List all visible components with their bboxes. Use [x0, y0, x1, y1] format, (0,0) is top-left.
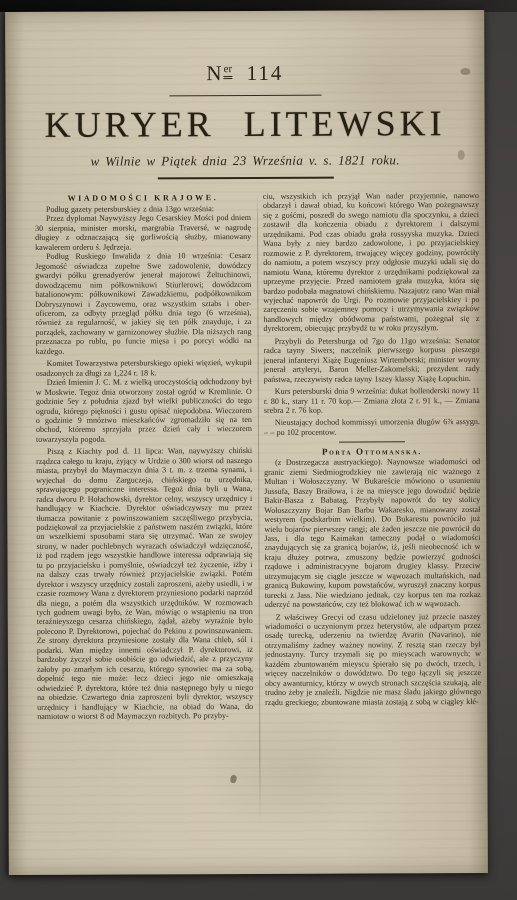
issue-prefix: N — [206, 61, 223, 85]
paragraph: Kurs petersburski dnia 9 września: dukat… — [264, 386, 480, 415]
newspaper-page: Ner 114 KURYER LITEWSKI w Wilnie w Piąte… — [5, 10, 488, 875]
masthead-rule-bottom — [157, 177, 333, 180]
paragraph: Z właściwey Grecyi od czasu udzieloney j… — [265, 612, 481, 707]
paragraph: ciu, wszystkich ich przyjął Wan nader pr… — [263, 191, 480, 334]
dateline: w Wilnie w Piątek dnia 23 Września v. s.… — [6, 152, 485, 170]
masthead: Ner 114 KURYER LITEWSKI w Wilnie w Piąte… — [5, 10, 485, 180]
left-column: WIADOMOŚCI KRAJOWE.Podług gazety petersb… — [35, 192, 254, 837]
paragraph: Komitet Towarzystwa petersburskiego opie… — [36, 358, 252, 378]
section-heading: Porta Ottomanska. — [264, 446, 480, 457]
right-column: ciu, wszystkich ich przyjął Wan nader pr… — [263, 191, 482, 836]
paragraph: Przez dyplomat Naywyższy Jego Cesarskiey… — [35, 213, 251, 252]
paragraph: (z Dostrzegacza austryackiego). Naynowsz… — [264, 457, 481, 609]
paragraph: Piszą z Kiachty pod d. 11 lipca: Wan, na… — [36, 446, 253, 721]
article-columns: WIADOMOŚCI KRAJOWE.Podług gazety petersb… — [35, 191, 483, 837]
scan-viewport: Ner 114 KURYER LITEWSKI w Wilnie w Piąte… — [0, 0, 517, 900]
issue-value: 114 — [247, 61, 284, 85]
paragraph: Dzień Imienin J. C. M. z wielką uroczyst… — [36, 377, 252, 444]
section-heading: WIADOMOŚCI KRAJOWE. — [35, 193, 251, 203]
issue-ordinal-suffix: er — [224, 63, 233, 79]
issue-number: Ner 114 — [5, 60, 484, 87]
paragraph: Nieustający dochod kommissyi umorzenia d… — [264, 417, 480, 437]
column-divider — [257, 194, 261, 824]
paragraph: Przybyli do Petersburga od 7go do 11go w… — [264, 336, 480, 384]
masthead-rule-top — [169, 95, 321, 97]
newspaper-title: KURYER LITEWSKI — [6, 102, 485, 146]
paragraph: Podług Ruskiego Inwalida z dnia 10 wrześ… — [35, 251, 251, 356]
section-divider — [339, 442, 405, 443]
